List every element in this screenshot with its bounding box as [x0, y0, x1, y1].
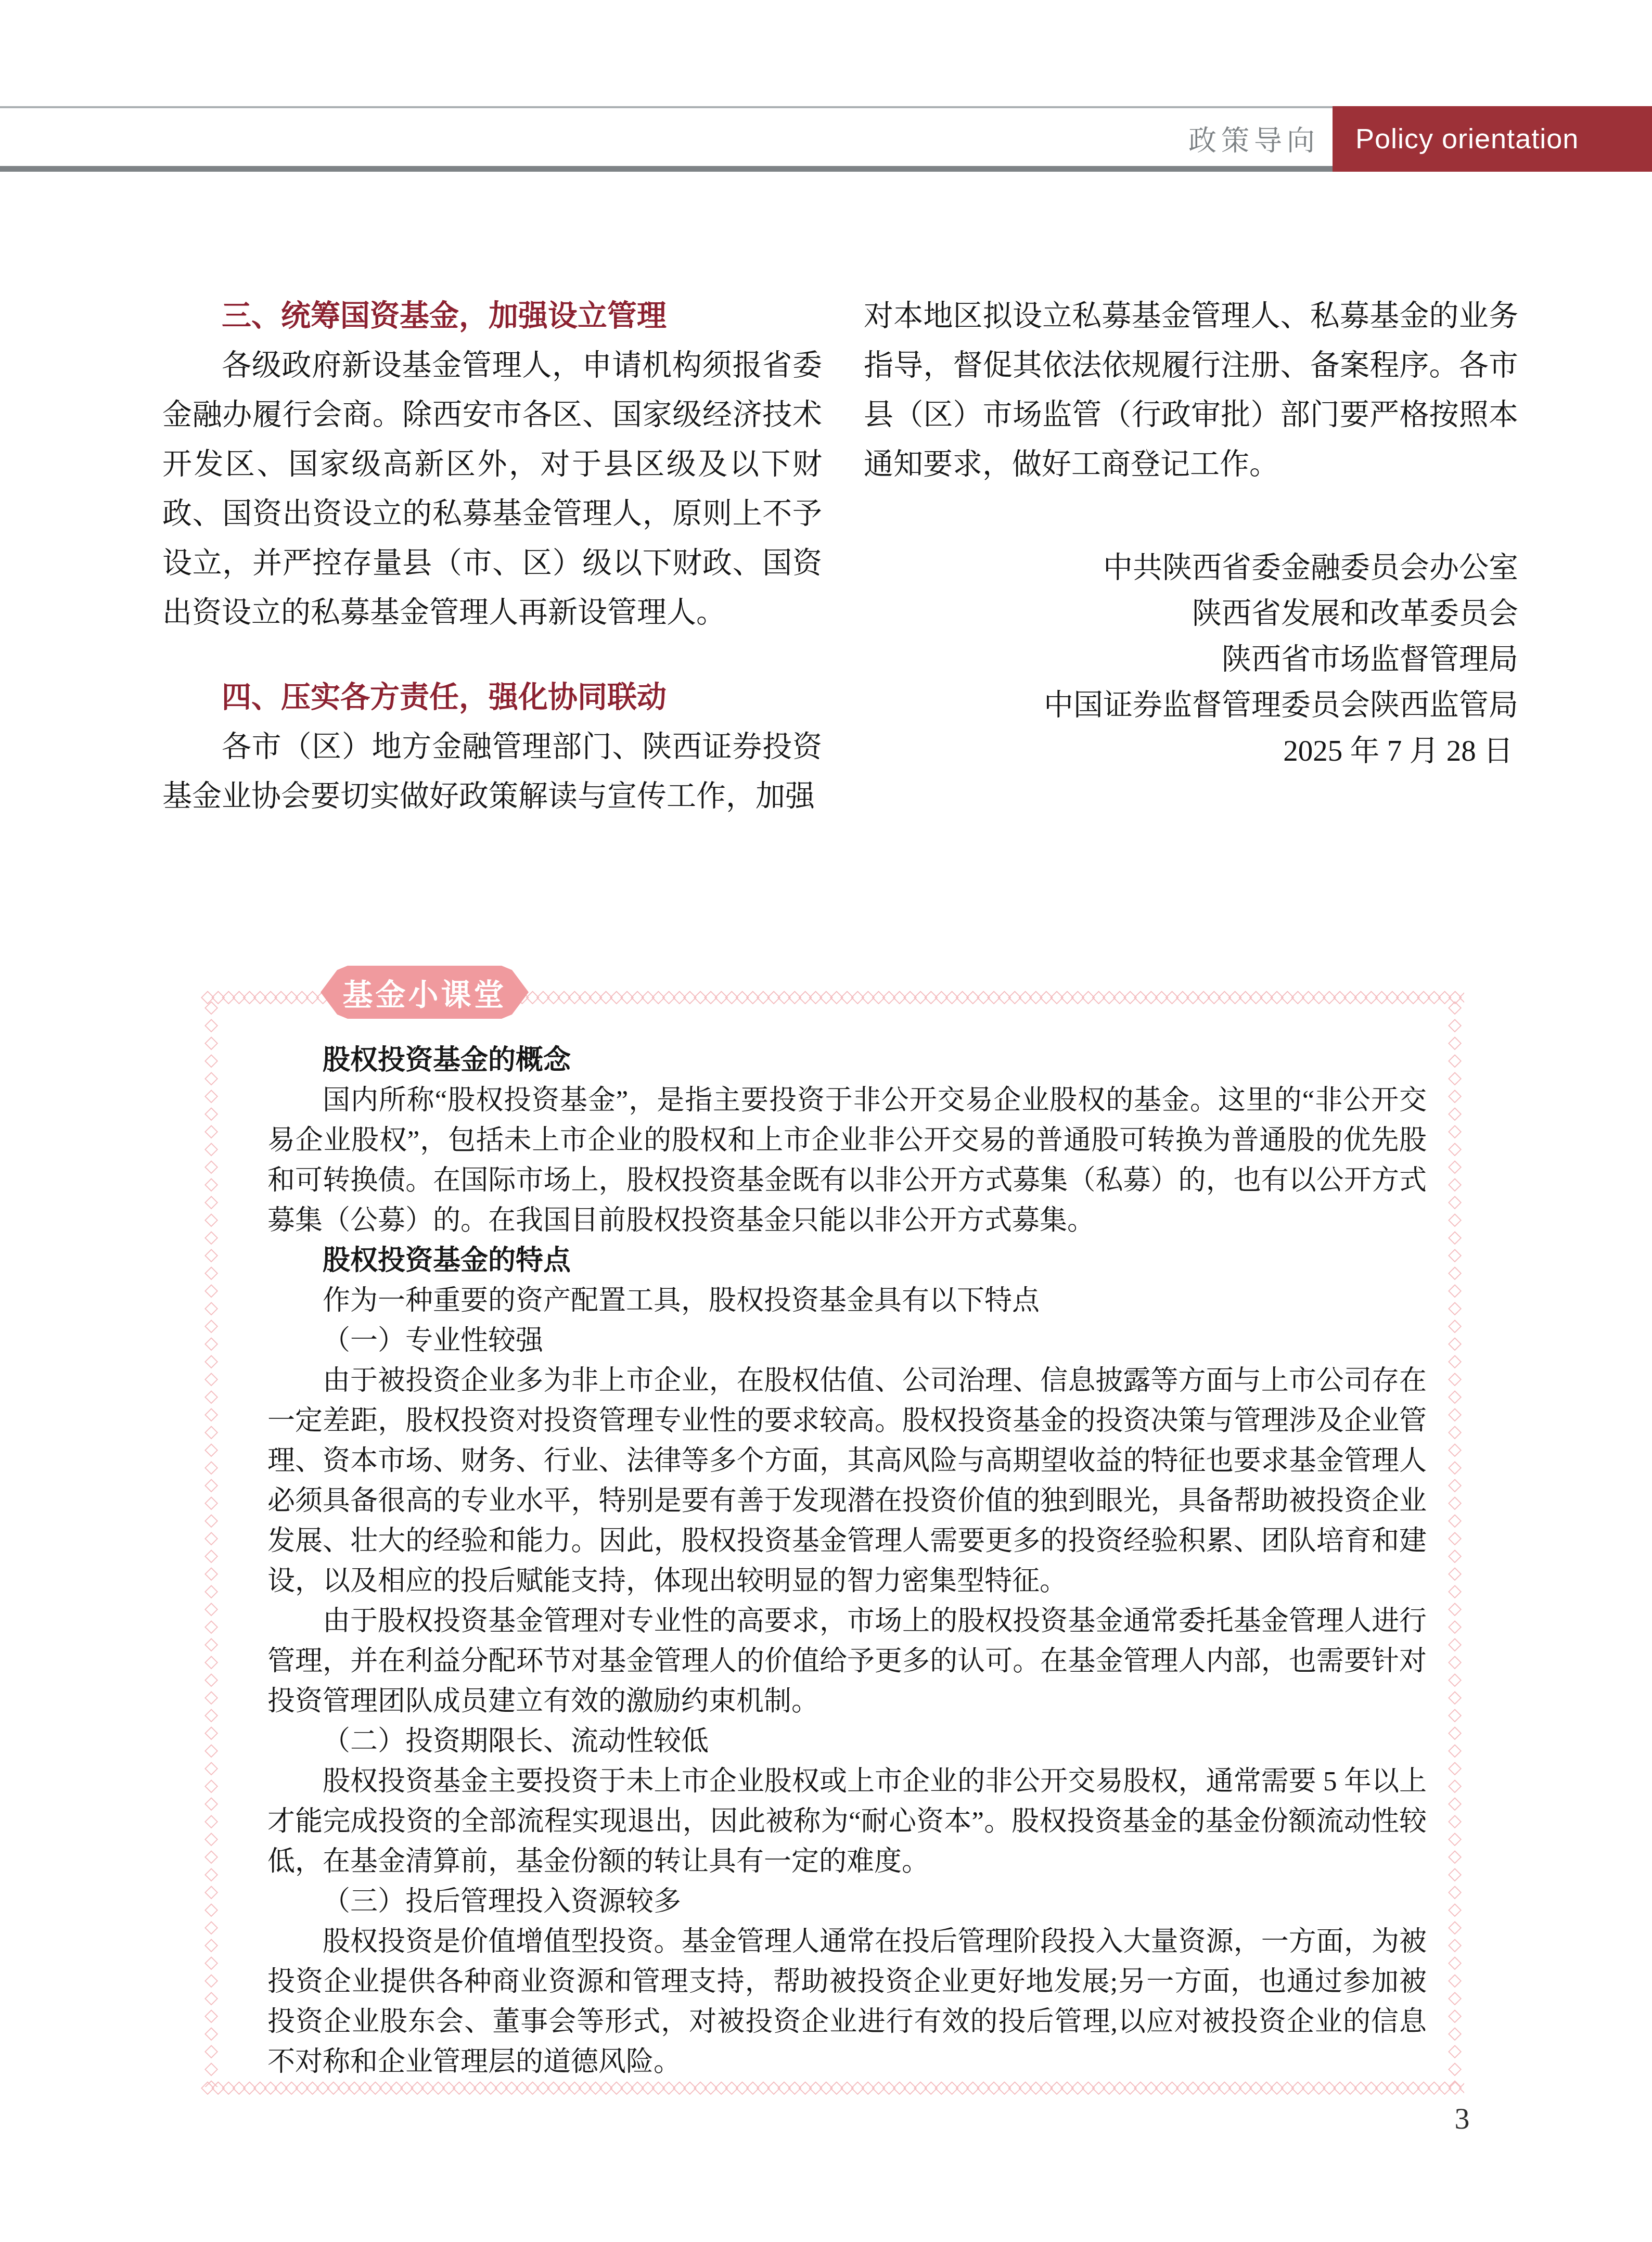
lesson-paragraph: 由于股权投资基金管理对专业性的高要求，市场上的股权投资基金通常委托基金管理人进行…: [267, 1602, 1427, 1722]
article-column-right: 对本地区拟设立私募基金管理人、私募基金的业务指导，督促其依法依规履行注册、备案程…: [864, 291, 1518, 774]
lesson-heading: 股权投资基金的概念: [267, 1041, 1427, 1081]
lesson-paragraph: 国内所称“股权投资基金”，是指主要投资于非公开交易企业股权的基金。这里的“非公开…: [267, 1081, 1427, 1241]
lesson-paragraph: 作为一种重要的资产配置工具，股权投资基金具有以下特点: [267, 1281, 1427, 1321]
signature-date: 2025 年 7 月 28 日: [864, 728, 1518, 774]
lesson-border-right: ◇◇◇◇◇◇◇◇◇◇◇◇◇◇◇◇◇◇◇◇◇◇◇◇◇◇◇◇◇◇◇◇◇◇◇◇◇◇◇◇…: [1445, 996, 1465, 2087]
lesson-paragraph: （二）投资期限长、流动性较低: [267, 1722, 1427, 1762]
signature-line: 陕西省市场监督管理局: [864, 637, 1518, 683]
page-number: 3: [1431, 2101, 1493, 2136]
signature-block: 中共陕西省委金融委员会办公室 陕西省发展和改革委员会 陕西省市场监督管理局 中国…: [864, 545, 1518, 774]
signature-line: 中国证券监督管理委员会陕西监管局: [864, 683, 1518, 728]
article-column-left: 三、统筹国资基金，加强设立管理 各级政府新设基金管理人，申请机构须报省委金融办履…: [162, 291, 822, 821]
header-title-cn: 政策导向: [1145, 107, 1320, 170]
header-rule-thin: [0, 106, 1333, 108]
header-title-box: Policy orientation: [1333, 106, 1652, 172]
header-title-en: Policy orientation: [1355, 123, 1579, 155]
magazine-page: 政策导向 Policy orientation 三、统筹国资基金，加强设立管理 …: [0, 0, 1652, 2242]
lesson-badge-label: 基金小课堂: [342, 970, 506, 1014]
lesson-paragraph: （三）投后管理投入资源较多: [267, 1882, 1427, 1922]
section-heading-three: 三、统筹国资基金，加强设立管理: [162, 291, 822, 341]
lesson-badge-ribbon: 基金小课堂: [321, 966, 529, 1019]
header-rule-thick: [0, 166, 1333, 172]
continuation-paragraph: 对本地区拟设立私募基金管理人、私募基金的业务指导，督促其依法依规履行注册、备案程…: [864, 291, 1518, 489]
signature-line: 陕西省发展和改革委员会: [864, 591, 1518, 637]
section-three-paragraph: 各级政府新设基金管理人，申请机构须报省委金融办履行会商。除西安市各区、国家级经济…: [162, 341, 822, 637]
lesson-paragraph: 由于被投资企业多为非上市企业，在股权估值、公司治理、信息披露等方面与上市公司存在…: [267, 1361, 1427, 1602]
section-four-paragraph: 各市（区）地方金融管理部门、陕西证券投资基金业协会要切实做好政策解读与宣传工作，…: [162, 722, 822, 821]
lesson-paragraph: （一）专业性较强: [267, 1321, 1427, 1361]
signature-line: 中共陕西省委金融委员会办公室: [864, 545, 1518, 591]
lesson-border-left: ◇◇◇◇◇◇◇◇◇◇◇◇◇◇◇◇◇◇◇◇◇◇◇◇◇◇◇◇◇◇◇◇◇◇◇◇◇◇◇◇…: [201, 996, 221, 2087]
section-heading-four: 四、压实各方责任，强化协同联动: [162, 673, 822, 722]
lesson-heading: 股权投资基金的特点: [267, 1241, 1427, 1281]
lesson-paragraph: 股权投资基金主要投资于未上市企业股权或上市企业的非公开交易股权，通常需要 5 年…: [267, 1762, 1427, 1882]
lesson-content: 股权投资基金的概念国内所称“股权投资基金”，是指主要投资于非公开交易企业股权的基…: [267, 1041, 1427, 2082]
lesson-paragraph: 股权投资是价值增值型投资。基金管理人通常在投后管理阶段投入大量资源，一方面，为被…: [267, 1922, 1427, 2082]
